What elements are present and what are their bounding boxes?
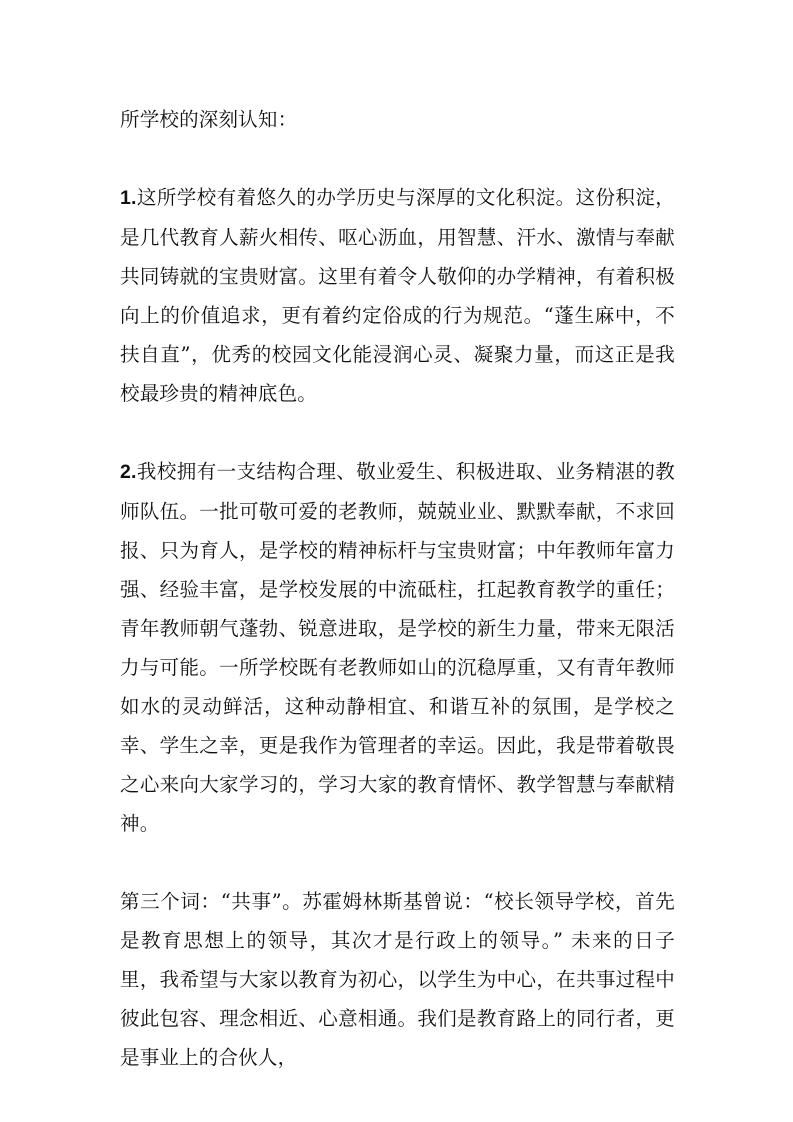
paragraph-point-2: 2.我校拥有一支结构合理、敬业爱生、积极进取、业务精湛的教师队伍。一批可敬可爱的…: [120, 452, 675, 843]
paragraph-gap: [120, 413, 675, 452]
paragraph-third-word: 第三个词：“共事”。苏霍姆林斯基曾说：“校长领导学校，首先是教育思想上的领导，其…: [120, 882, 675, 1077]
paragraph-point-1: 1.这所学校有着悠久的办学历史与深厚的文化积淀。这份积淀，是几代教育人薪火相传、…: [120, 178, 675, 413]
paragraph-gap: [120, 843, 675, 882]
document-page: 所学校的深刻认知： 1.这所学校有着悠久的办学历史与深厚的文化积淀。这份积淀，是…: [120, 100, 675, 1077]
paragraph-gap: [120, 139, 675, 178]
point-2-number: 2.: [120, 461, 137, 483]
point-1-number: 1.: [120, 187, 137, 209]
point-1-text: 这所学校有着悠久的办学历史与深厚的文化积淀。这份积淀，是几代教育人薪火相传、呕心…: [120, 186, 675, 405]
intro-line: 所学校的深刻认知：: [120, 100, 675, 139]
point-2-text: 我校拥有一支结构合理、敬业爱生、积极进取、业务精湛的教师队伍。一批可敬可爱的老教…: [120, 460, 675, 835]
